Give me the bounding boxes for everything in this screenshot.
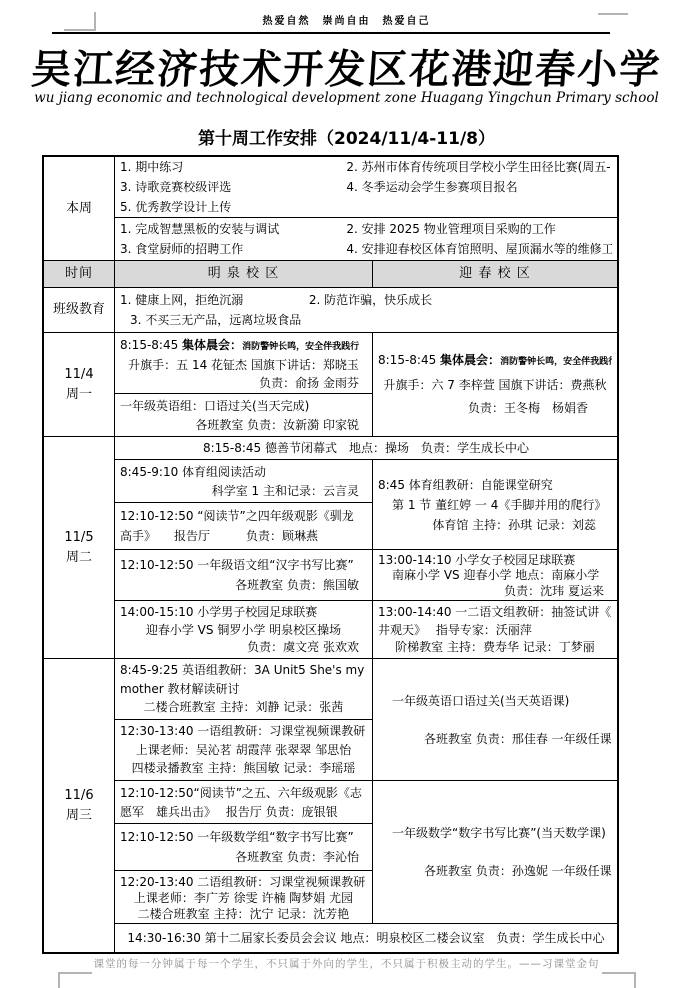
- assembly-title: 集体晨会：: [440, 353, 500, 367]
- week-item: 3. 食堂厨师的招聘工作: [120, 239, 346, 259]
- class-education-label: 班级教育: [44, 288, 115, 332]
- page-slogan: 热爱自然 崇尚自由 热爱自己: [0, 12, 693, 27]
- wednesday-mq-cell-grade2-chinese: 12:20-13:40 二语组教研：习课堂视频课教研 上课老师：李广芳 徐雯 许…: [115, 870, 372, 923]
- monday-yc-duty-line: 负责：王冬梅 杨娟香: [378, 397, 612, 420]
- monday-date: 11/4: [64, 365, 93, 385]
- event-line: 井观天》 指导专家：沃丽萍: [378, 621, 612, 639]
- page-corner-mark-top-right: [598, 0, 628, 15]
- event-line: 一年级英语口语过关(当天英语课): [378, 691, 612, 711]
- document-page: 热爱自然 崇尚自由 热爱自己 吴江经济技术开发区花港迎春小学 wu jiang …: [0, 0, 693, 988]
- monday-english-cell: 一年级英语组：口语过关(当天完成) 各班教室 负责：汝新漪 印家锐: [115, 393, 372, 436]
- event-line: 各班教室 负责：熊国敏: [120, 575, 367, 595]
- tuesday-yc-cell-chinese-research: 13:00-14:40 一二语文组教研：抽签试讲《坐 井观天》 指导专家：沃丽萍…: [373, 600, 617, 658]
- week-item: 4. 安排迎春校区体育馆照明、屋顶漏水等的维修工作: [346, 239, 612, 259]
- header-rule: [52, 32, 610, 34]
- week-item: 4. 冬季运动会学生参赛项目报名: [346, 177, 612, 197]
- week-item: 1. 期中练习: [120, 157, 346, 177]
- event-line: 12:30-13:40 一语组教研：习课堂视频课教研: [120, 722, 367, 741]
- event-line: 上课老师：吴沁茗 胡霞萍 张翠翠 邹思怡: [120, 741, 367, 760]
- wednesday-parent-committee-row: 14:30-16:30 第十二届家长委员会会议 地点：明泉校区二楼会议室 负责：…: [115, 923, 617, 952]
- schedule-table: 本周 1. 期中练习 2. 苏州市体育传统项目学校小学生田径比赛(周五-日) 3…: [42, 155, 619, 954]
- this-week-bottom-cell: 1. 完成智慧黑板的安装与调试 2. 安排 2025 物业管理项目采购的工作 3…: [115, 217, 617, 260]
- event-line: 各班教室 负责：邢佳春 一年级任课老师: [378, 729, 612, 749]
- event-line: 愿军 雄兵出击》 报告厅 负责：庞银银: [120, 802, 367, 821]
- mingquan-campus-header: 明 泉 校 区: [115, 261, 373, 287]
- monday-duty-line: 负责：俞扬 金雨芬: [120, 373, 367, 391]
- row-monday: 11/4 周一 8:15-8:45 集体晨会：消防警钟长鸣，安全伴我践行 升旗手…: [44, 332, 617, 436]
- tuesday-mq-cell-reading: 8:45-9:10 体育组阅读活动 科学室 1 主和记录：云言灵: [115, 460, 372, 502]
- event-line: 13:00-14:40 一二语文组教研：抽签试讲《坐: [378, 603, 612, 621]
- event-line: 第 1 节 董红婷 一 4《手脚并用的爬行》: [378, 495, 612, 515]
- event-line: 高手》 报告厅 负责：顾琳燕: [120, 526, 367, 546]
- week-item: 2. 安排 2025 物业管理项目采购的工作: [346, 219, 612, 239]
- event-line: 12:10-12:50“阅读节”之五、六年级观影《志: [120, 783, 367, 802]
- event-line: 14:00-15:10 小学男子校园足球联赛: [120, 603, 367, 621]
- week-item: 2. 苏州市体育传统项目学校小学生田径比赛(周五-日): [346, 157, 612, 177]
- event-line: 二楼合班教室 主持：刘静 记录：张茜: [120, 698, 367, 717]
- assembly-title: 集体晨会：: [182, 338, 242, 352]
- event-line: 12:10-12:50 “阅读节”之四年级观影《驯龙: [120, 506, 367, 526]
- event-line: mother 教材解读研讨: [120, 680, 367, 699]
- event-line: 12:20-13:40 二语组教研：习课堂视频课教研: [120, 873, 367, 889]
- tuesday-mq-cell-movie: 12:10-12:50 “阅读节”之四年级观影《驯龙 高手》 报告厅 负责：顾琳…: [115, 502, 372, 549]
- tuesday-day: 周二: [66, 548, 92, 568]
- event-line: 8:45 体育组教研：自能课堂研究: [378, 475, 612, 495]
- event-line: 8:45-9:25 英语组教研：3A Unit5 She's my: [120, 661, 367, 680]
- yingchun-campus-header: 迎 春 校 区: [373, 261, 617, 287]
- class-edu-item-1: 1. 健康上网，拒绝沉溺: [120, 293, 243, 307]
- event-line: 负责：虞文亮 张欢欢: [120, 638, 367, 656]
- monday-flag-line: 升旗手：五 14 花钲杰 国旗下讲话：郑晓玉: [120, 355, 367, 373]
- event-line: 二楼合班教室 主持：沈宁 记录：沈芳艳: [120, 905, 367, 921]
- event-line: 四楼录播教室 主持：熊国敏 记录：李瑶瑶: [120, 759, 367, 778]
- week-item: 5. 优秀教学设计上传: [120, 197, 346, 217]
- monday-yc-flag-line: 升旗手：六 7 李梓萱 国旗下讲话：费燕秋: [378, 374, 612, 397]
- week-item: 3. 诗歌竞赛校级评选: [120, 177, 346, 197]
- wednesday-date: 11/6: [64, 786, 93, 806]
- class-edu-item-3: 3. 不买三无产品，远离垃圾食品: [120, 310, 612, 330]
- this-week-label: 本周: [44, 157, 115, 260]
- row-tuesday: 11/5 周二 8:15-8:45 德善节闭幕式 地点：操场 负责：学生成长中心…: [44, 436, 617, 658]
- page-corner-mark-top-left: [64, 12, 96, 31]
- event-line: 体育馆 主持：孙琪 记录：刘蕊: [378, 515, 612, 535]
- event-line: 一年级数学“数字书写比赛”(当天数学课): [378, 823, 612, 843]
- week-item: 1. 完成智慧黑板的安装与调试: [120, 219, 346, 239]
- tuesday-yc-cell-pe-research: 8:45 体育组教研：自能课堂研究 第 1 节 董红婷 一 4《手脚并用的爬行》…: [373, 460, 617, 549]
- event-line: 阶梯教室 主持：费寿华 记录：丁梦丽: [378, 638, 612, 656]
- class-education-cell: 1. 健康上网，拒绝沉溺 2. 防范诈骗，快乐成长 3. 不买三无产品，远离垃圾…: [115, 288, 617, 332]
- row-this-week: 本周 1. 期中练习 2. 苏州市体育传统项目学校小学生田径比赛(周五-日) 3…: [44, 157, 617, 260]
- monday-yc-assembly-cell: 8:15-8:45 集体晨会：消防警钟长鸣，安全伴我践行 升旗手：六 7 李梓萱…: [373, 333, 617, 436]
- monday-english-line1: 一年级英语组：口语过关(当天完成): [120, 396, 367, 415]
- schedule-title: 第十周工作安排（2024/11/4-11/8）: [0, 124, 693, 149]
- wednesday-day: 周三: [66, 806, 92, 826]
- wednesday-mq-cell-math-contest: 12:10-12:50 一年级数学组“数字书写比赛” 各班教室 负责：李沁怡: [115, 823, 372, 870]
- event-line: 上课老师：李广芳 徐雯 许楠 陶梦娟 尤园: [120, 889, 367, 905]
- school-name-cn: 吴江经济技术开发区花港迎春小学: [0, 38, 693, 95]
- wednesday-yc-cell-english-oral: 一年级英语口语过关(当天英语课) 各班教室 负责：邢佳春 一年级任课老师: [373, 659, 617, 780]
- assembly-time: 8:15-8:45: [120, 338, 182, 352]
- event-line: 各班教室 负责：李沁怡: [120, 847, 367, 867]
- tuesday-mq-cell-hanzi-contest: 12:10-12:50 一年级语文组“汉字书写比赛” 各班教室 负责：熊国敏: [115, 549, 372, 600]
- footer-quote: 课堂的每一分钟属于每一个学生，不只属于外向的学生，不只属于积极主动的学生。——习…: [0, 956, 693, 971]
- wednesday-mq-cell-english-research: 8:45-9:25 英语组教研：3A Unit5 She's my mother…: [115, 659, 372, 719]
- event-line: 迎春小学 VS 铜罗小学 明泉校区操场: [120, 621, 367, 639]
- tuesday-mq-cell-boys-football: 14:00-15:10 小学男子校园足球联赛 迎春小学 VS 铜罗小学 明泉校区…: [115, 600, 372, 658]
- fire-safety-slogan: 消防警钟长鸣，安全伴我践行: [242, 342, 359, 352]
- event-line: 12:10-12:50 一年级数学组“数字书写比赛”: [120, 827, 367, 847]
- wednesday-yc-cell-math-contest: 一年级数学“数字书写比赛”(当天数学课) 各班教室 负责：孙逸妮 一年级任课老师: [373, 780, 617, 923]
- tuesday-closing-ceremony-row: 8:15-8:45 德善节闭幕式 地点：操场 负责：学生成长中心: [115, 437, 617, 459]
- monday-assembly-cell: 8:15-8:45 集体晨会：消防警钟长鸣，安全伴我践行 升旗手：五 14 花钲…: [115, 333, 372, 393]
- event-line: 南麻小学 VS 迎春小学 地点：南麻小学: [378, 567, 612, 582]
- page-corner-mark-bottom-right: [602, 972, 636, 988]
- event-line: 各班教室 负责：孙逸妮 一年级任课老师: [378, 861, 612, 881]
- monday-english-line2: 各班教室 负责：汝新漪 印家锐: [120, 415, 367, 434]
- wednesday-mq-cell-movie: 12:10-12:50“阅读节”之五、六年级观影《志 愿军 雄兵出击》 报告厅 …: [115, 780, 372, 823]
- event-line: 8:45-9:10 体育组阅读活动: [120, 462, 367, 481]
- wednesday-mq-cell-grade1-chinese: 12:30-13:40 一语组教研：习课堂视频课教研 上课老师：吴沁茗 胡霞萍 …: [115, 719, 372, 780]
- monday-day: 周一: [66, 385, 92, 405]
- assembly-time: 8:15-8:45: [378, 353, 440, 367]
- class-edu-item-2: 2. 防范诈骗，快乐成长: [309, 293, 432, 307]
- tuesday-yc-cell-girls-football: 13:00-14:10 小学女子校园足球联赛 南麻小学 VS 迎春小学 地点：南…: [373, 549, 617, 600]
- tuesday-date: 11/5: [64, 528, 93, 548]
- row-campus-header: 时间 明 泉 校 区 迎 春 校 区: [44, 260, 617, 287]
- row-wednesday: 11/6 周三 8:45-9:25 英语组教研：3A Unit5 She's m…: [44, 658, 617, 952]
- time-header: 时间: [44, 261, 115, 287]
- event-line: 13:00-14:10 小学女子校园足球联赛: [378, 552, 612, 567]
- school-name-en: wu jiang economic and technological deve…: [0, 90, 693, 106]
- event-line: 负责：沈玮 夏运来: [378, 583, 612, 598]
- fire-safety-slogan: 消防警钟长鸣，安全伴我践行: [500, 357, 612, 367]
- event-line: 12:10-12:50 一年级语文组“汉字书写比赛”: [120, 555, 367, 575]
- event-line: 科学室 1 主和记录：云言灵: [120, 481, 367, 500]
- row-class-education: 班级教育 1. 健康上网，拒绝沉溺 2. 防范诈骗，快乐成长 3. 不买三无产品…: [44, 287, 617, 332]
- page-corner-mark-bottom-left: [58, 972, 92, 988]
- this-week-top-cell: 1. 期中练习 2. 苏州市体育传统项目学校小学生田径比赛(周五-日) 3. 诗…: [115, 157, 617, 217]
